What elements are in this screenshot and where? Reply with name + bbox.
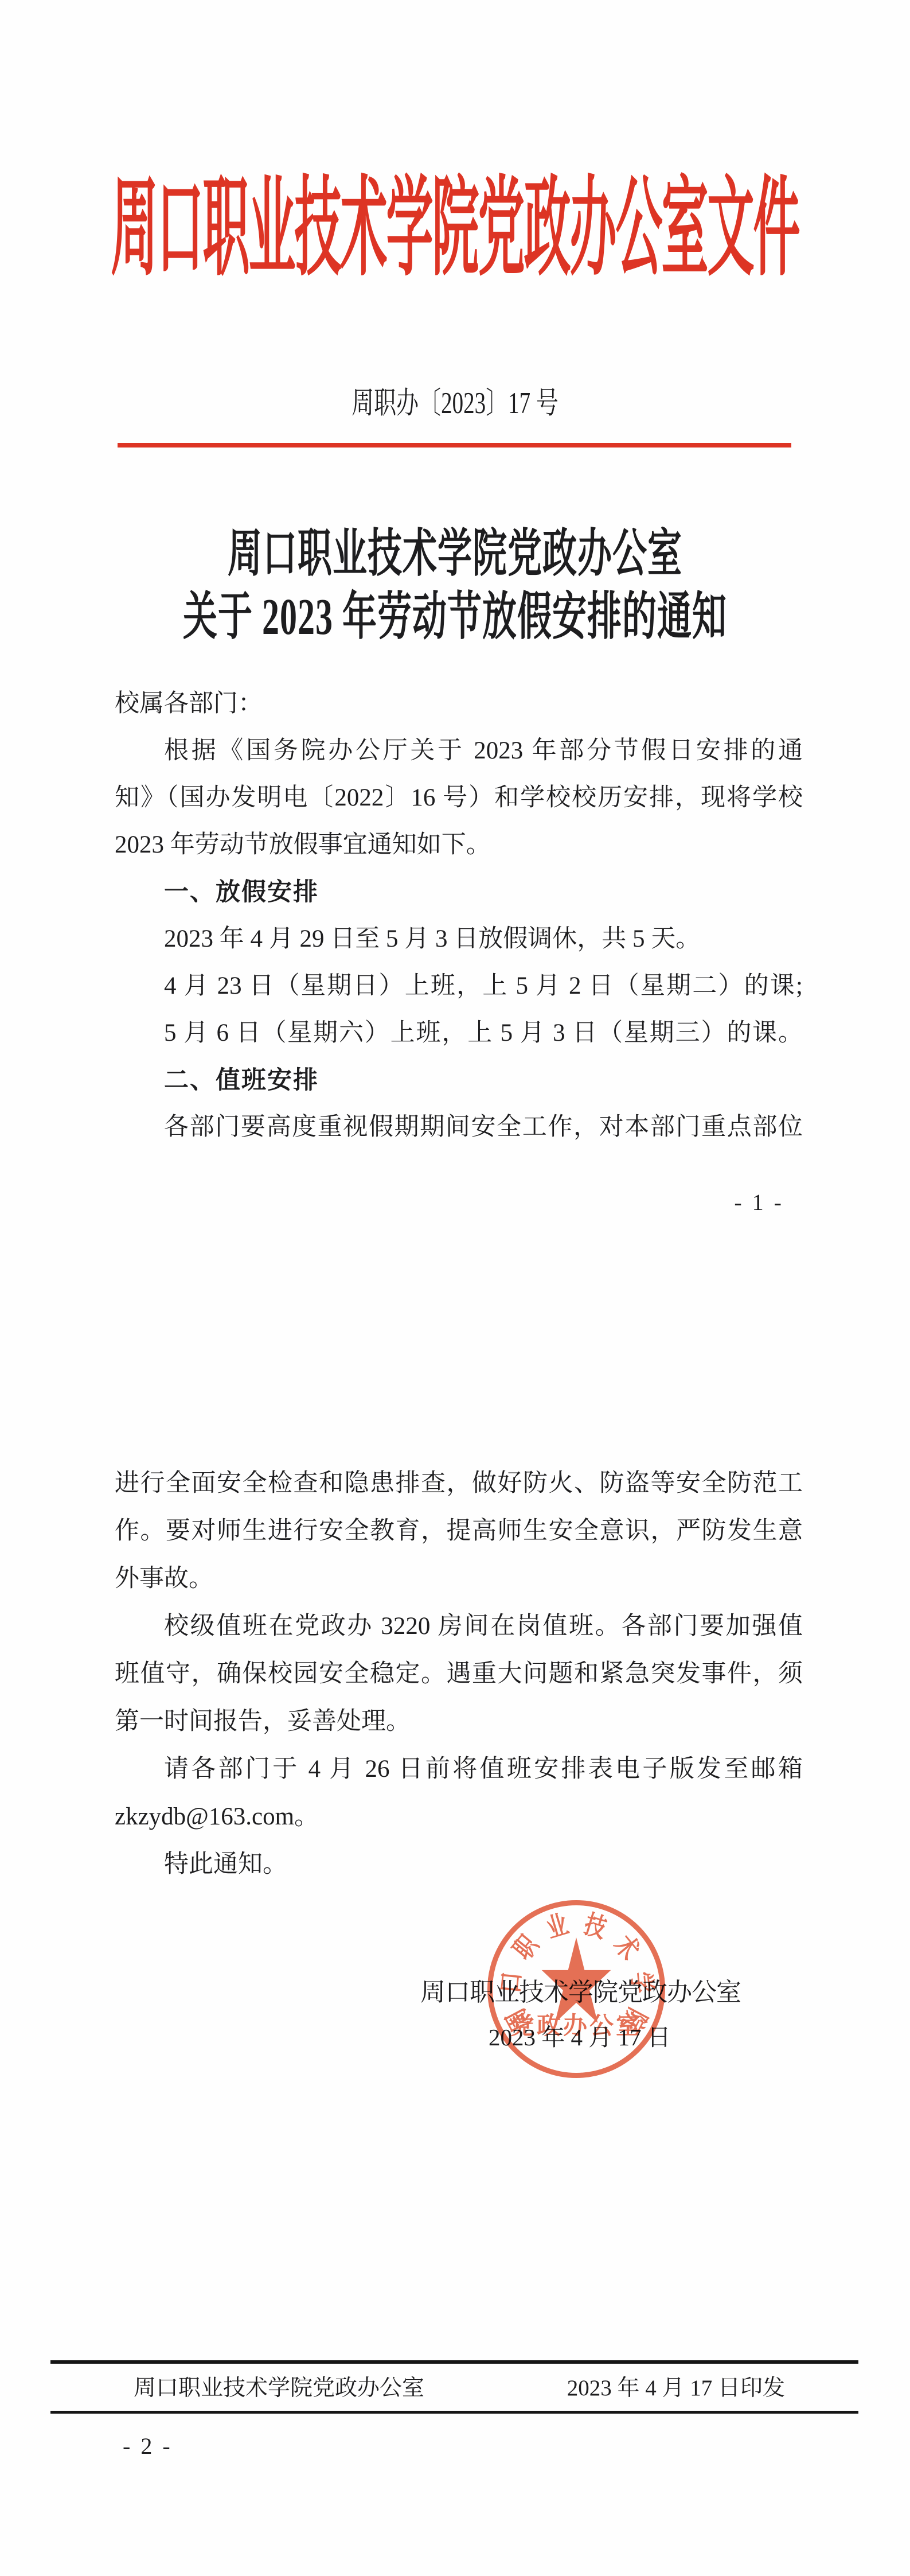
doc-number: 周职办〔2023〕17 号: [0, 388, 910, 420]
doc-title-line1-text: 周口职业技术学院党政办公室: [228, 523, 682, 585]
salutation: 校属各部门：: [115, 680, 803, 727]
doc-title-line2: 关于 2023 年劳动节放假安排的通知: [0, 596, 910, 637]
body-line: 第一时间报告，妥善处理。: [115, 1698, 803, 1745]
body-line: 2023 年劳动节放假事宜通知如下。: [115, 822, 803, 869]
footer-issuer: 周口职业技术学院党政办公室: [134, 2374, 424, 2403]
seal-arc-char: 学: [627, 1971, 655, 1994]
body-line: 作。要对师生进行安全教育，提高师生安全意识，严防发生意: [115, 1507, 803, 1555]
doc-title-line2-text: 关于 2023 年劳动节放假安排的通知: [183, 586, 727, 648]
closing-line: 特此通知。: [115, 1840, 803, 1888]
body-line: 各部门要高度重视假期期间安全工作，对本部门重点部位: [115, 1104, 803, 1151]
footer-bottom-rule: [50, 2411, 858, 2414]
body-line: 外事故。: [115, 1555, 803, 1602]
section-heading-2: 二、值班安排: [115, 1057, 803, 1104]
page2-number: - 2 -: [123, 2433, 173, 2460]
footer-top-rule: [50, 2360, 858, 2364]
official-seal: ★ 党政办公室 周口职业技术学院: [487, 1900, 665, 2078]
body-line: 根据《国务院办公厅关于 2023 年部分节假日安排的通: [115, 727, 803, 775]
page1-number: - 1 -: [115, 1189, 784, 1216]
body-line: 4 月 23 日（星期日）上班，上 5 月 2 日（星期二）的课;: [115, 963, 803, 1010]
red-divider-rule: [118, 443, 791, 448]
body-line: 进行全面安全检查和隐患排查，做好防火、防盗等安全防范工: [115, 1460, 803, 1507]
body-line: 班值守，确保校园安全稳定。遇重大问题和紧急突发事件，须: [115, 1650, 803, 1698]
body-line: 知》（国办发明电〔2022〕16 号）和学校校历安排，现将学校: [115, 775, 803, 822]
section-heading-1: 一、放假安排: [115, 869, 803, 916]
body-line: 5 月 6 日（星期六）上班，上 5 月 3 日（星期三）的课。: [115, 1010, 803, 1057]
document-banner-text: 周口职业技术学院党政办公室文件: [111, 166, 799, 293]
seal-arc-char: 口: [498, 1971, 526, 1994]
footer-row: 周口职业技术学院党政办公室 2023 年 4 月 17 日印发: [50, 2374, 858, 2403]
footer-print-date: 2023 年 4 月 17 日印发: [567, 2374, 785, 2403]
email-line: zkzydb@163.com。: [115, 1793, 803, 1840]
doc-title-line1: 周口职业技术学院党政办公室: [0, 533, 910, 574]
page2-body: 进行全面安全检查和隐患排查，做好防火、防盗等安全防范工 作。要对师生进行安全教育…: [115, 1460, 803, 1888]
body-line: 2023 年 4 月 29 日至 5 月 3 日放假调休，共 5 天。: [115, 916, 803, 963]
document-banner: 周口职业技术学院党政办公室文件: [0, 202, 910, 257]
body-line: 请各部门于 4 月 26 日前将值班安排表电子版发至邮箱: [115, 1745, 803, 1793]
doc-number-text: 周职办〔2023〕17 号: [351, 382, 559, 426]
page1-body: 校属各部门： 根据《国务院办公厅关于 2023 年部分节假日安排的通 知》（国办…: [115, 680, 803, 1151]
body-line: 校级值班在党政办 3220 房间在岗值班。各部门要加强值: [115, 1602, 803, 1650]
scanned-document: 周口职业技术学院党政办公室文件 周职办〔2023〕17 号 周口职业技术学院党政…: [0, 0, 910, 2576]
